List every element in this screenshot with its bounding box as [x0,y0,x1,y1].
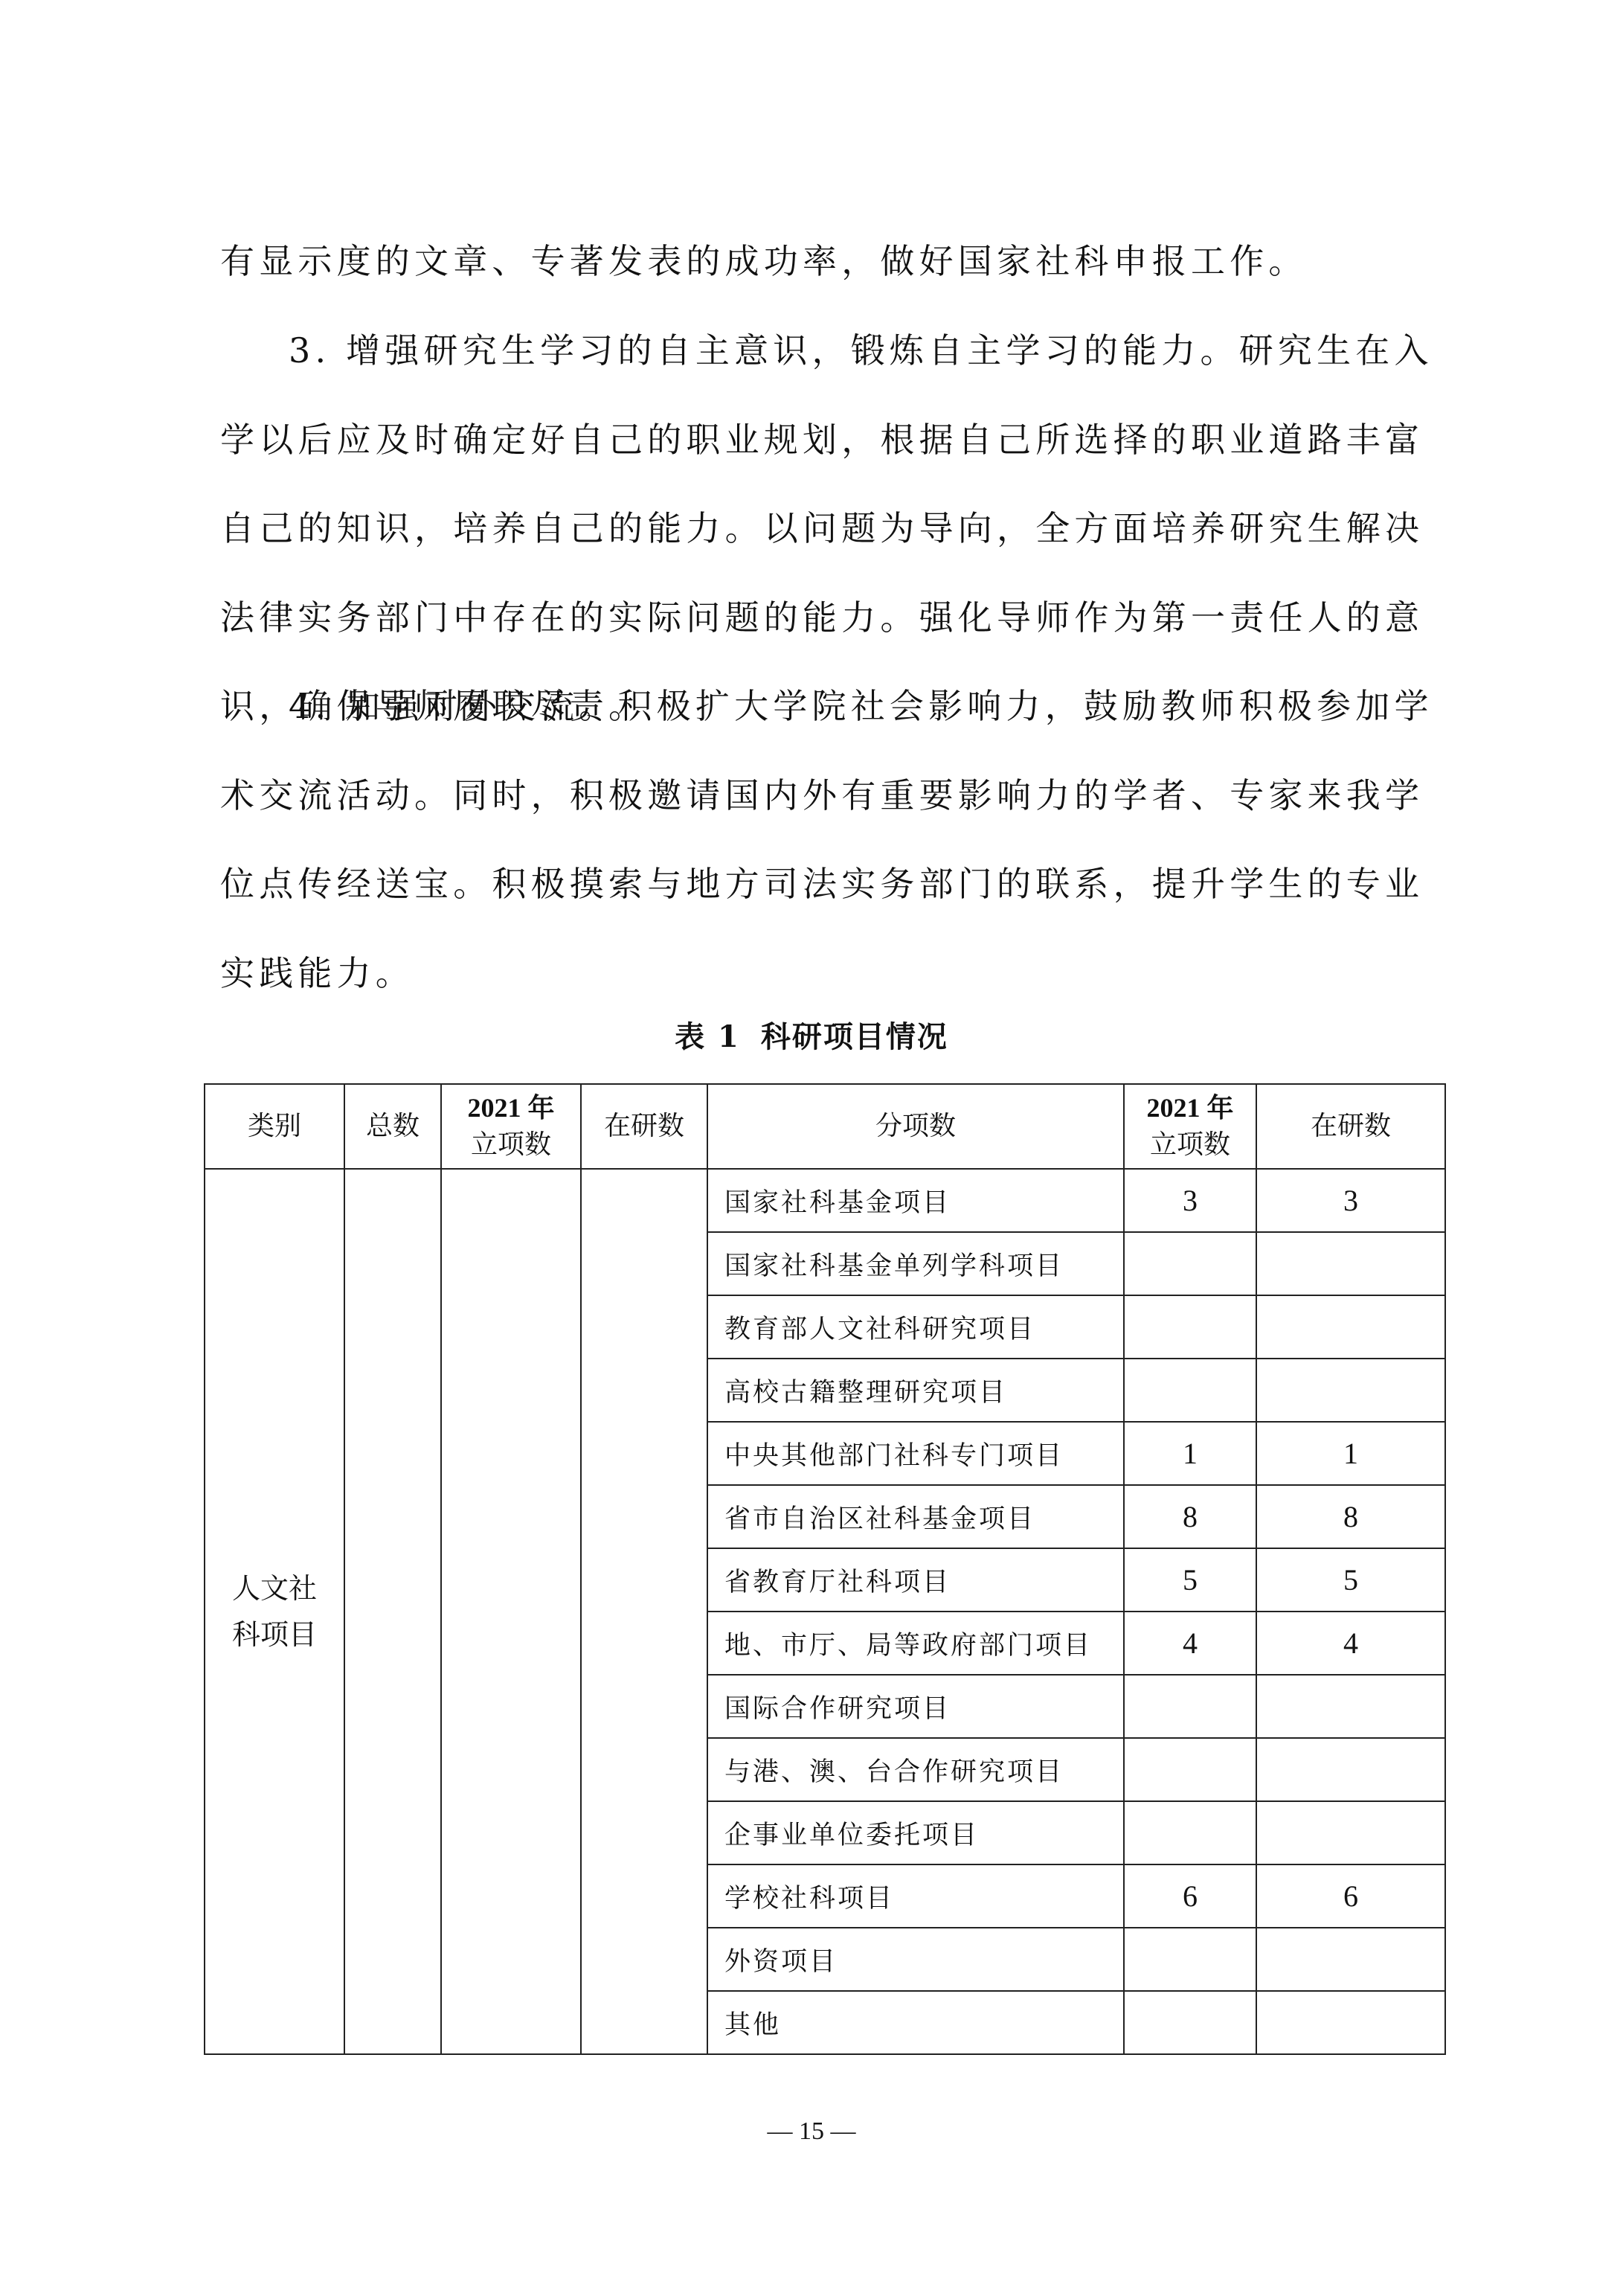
header-sub-ongoing: 在研数 [1256,1084,1445,1169]
subitem-approved-2021: 3 [1124,1169,1256,1232]
table-header-row: 类别 总数 2021 年 立项数 在研数 分项数 2021 年 立项数 在研数 [205,1084,1445,1169]
subitem-approved-2021: 6 [1124,1864,1256,1928]
subitem-ongoing: 1 [1256,1422,1445,1485]
subitem-name: 省市自治区社科基金项目 [707,1485,1124,1548]
header-approved-2021: 2021 年 立项数 [441,1084,581,1169]
header-subitem: 分项数 [707,1084,1124,1169]
table-caption-number: 表 1 [675,1019,740,1054]
text-line: 3. 增强研究生学习的自主意识，锻炼自主学习的能力。研究生在入 [220,307,1440,396]
subitem-approved-2021 [1124,1991,1256,2054]
category-cell: 人文社 科项目 [205,1169,344,2054]
research-projects-table: 类别 总数 2021 年 立项数 在研数 分项数 2021 年 立项数 在研数 … [204,1083,1446,2055]
subitem-ongoing [1256,1675,1445,1738]
text-line: 实践能力。 [220,929,1440,1019]
subitem-name: 省教育厅社科项目 [707,1548,1124,1612]
subitem-name: 中央其他部门社科专门项目 [707,1422,1124,1485]
subitem-name: 高校古籍整理研究项目 [707,1359,1124,1422]
subitem-ongoing [1256,1232,1445,1295]
subitem-ongoing: 6 [1256,1864,1445,1928]
subitem-name: 国家社科基金单列学科项目 [707,1232,1124,1295]
subitem-approved-2021 [1124,1738,1256,1801]
subitem-name: 地、市厅、局等政府部门项目 [707,1612,1124,1675]
subitem-approved-2021 [1124,1359,1256,1422]
total-cell [344,1169,441,2054]
header-total: 总数 [344,1084,441,1169]
paragraph-item-4: 4. 加强对外交流。积极扩大学院社会影响力，鼓励教师积极参加学 术交流活动。同时… [220,662,1440,1018]
ongoing-cell [581,1169,707,2054]
subitem-ongoing: 4 [1256,1612,1445,1675]
subitem-approved-2021 [1124,1675,1256,1738]
text-line: 自己的知识，培养自己的能力。以问题为导向，全方面培养研究生解决 [220,484,1440,574]
subitem-approved-2021 [1124,1928,1256,1991]
text-line: 学以后应及时确定好自己的职业规划，根据自己所选择的职业道路丰富 [220,396,1440,485]
subitem-ongoing [1256,1295,1445,1359]
subitem-name: 国际合作研究项目 [707,1675,1124,1738]
subitem-ongoing [1256,1928,1445,1991]
subitem-approved-2021: 4 [1124,1612,1256,1675]
subitem-ongoing [1256,1801,1445,1864]
text-line: 术交流活动。同时，积极邀请国内外有重要影响力的学者、专家来我学 [220,751,1440,841]
subitem-approved-2021: 1 [1124,1422,1256,1485]
table-row: 人文社 科项目 国家社科基金项目 3 3 [205,1169,1445,1232]
text-line: 有显示度的文章、专著发表的成功率，做好国家社科申报工作。 [220,217,1440,307]
subitem-approved-2021 [1124,1295,1256,1359]
subitem-approved-2021 [1124,1232,1256,1295]
subitem-ongoing [1256,1738,1445,1801]
paragraph-continuation: 有显示度的文章、专著发表的成功率，做好国家社科申报工作。 [220,217,1440,307]
header-category: 类别 [205,1084,344,1169]
subitem-name: 外资项目 [707,1928,1124,1991]
text-line: 位点传经送宝。积极摸索与地方司法实务部门的联系，提升学生的专业 [220,840,1440,929]
subitem-approved-2021: 5 [1124,1548,1256,1612]
subitem-name: 教育部人文社科研究项目 [707,1295,1124,1359]
table-caption: 表 1科研项目情况 [0,1013,1623,1056]
subitem-name: 与港、澳、台合作研究项目 [707,1738,1124,1801]
subitem-name: 国家社科基金项目 [707,1169,1124,1232]
text-line: 法律实务部门中存在的实际问题的能力。强化导师作为第一责任人的意 [220,574,1440,663]
subitem-ongoing: 3 [1256,1169,1445,1232]
subitem-name: 学校社科项目 [707,1864,1124,1928]
subitem-ongoing: 5 [1256,1548,1445,1612]
approved-2021-cell [441,1169,581,2054]
subitem-approved-2021: 8 [1124,1485,1256,1548]
header-ongoing: 在研数 [581,1084,707,1169]
subitem-name: 企事业单位委托项目 [707,1801,1124,1864]
subitem-approved-2021 [1124,1801,1256,1864]
subitem-ongoing [1256,1991,1445,2054]
text-line: 4. 加强对外交流。积极扩大学院社会影响力，鼓励教师积极参加学 [220,662,1440,751]
subitem-ongoing [1256,1359,1445,1422]
subitem-name: 其他 [707,1991,1124,2054]
page-number: — 15 — [0,2117,1623,2146]
subitem-ongoing: 8 [1256,1485,1445,1548]
table-caption-title: 科研项目情况 [761,1019,948,1054]
header-sub-approved-2021: 2021 年 立项数 [1124,1084,1256,1169]
